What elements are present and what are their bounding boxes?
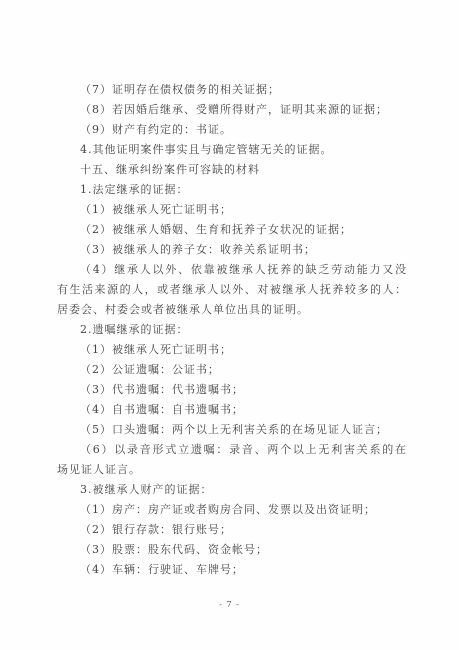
text-line: （6）以录音形式立遗嘱：录音、两个以上无利害关系的在 [57, 440, 407, 460]
text-line: （4）自书遗嘱：自书遗嘱书； [57, 400, 407, 420]
text-line: 居委会、村委会或者被继承人单位出具的证明。 [57, 300, 407, 320]
text-line: （2）被继承人婚姻、生育和抚养子女状况的证据； [57, 220, 407, 240]
text-line: （8）若因婚后继承、受赠所得财产，证明其来源的证据； [57, 100, 407, 120]
text-line: 4.其他证明案件事实且与确定管辖无关的证据。 [57, 140, 407, 160]
text-line: （3）股票：股东代码、资金帐号； [57, 540, 407, 560]
text-line: （9）财产有约定的：书证。 [57, 120, 407, 140]
text-line: （3）被继承人的养子女：收养关系证明书； [57, 240, 407, 260]
text-line: 2.遗嘱继承的证据： [57, 320, 407, 340]
text-line: （7）证明存在债权债务的相关证据； [57, 80, 407, 100]
text-line: （5）口头遗嘱：两个以上无利害关系的在场见证人证言； [57, 420, 407, 440]
document-text-block: （7）证明存在债权债务的相关证据；（8）若因婚后继承、受赠所得财产，证明其来源的… [57, 80, 407, 580]
text-line: （4）继承人以外、依靠被继承人抚养的缺乏劳动能力又没 [57, 260, 407, 280]
text-line: （2）公证遗嘱：公证书； [57, 360, 407, 380]
text-line: 3.被继承人财产的证据： [57, 480, 407, 500]
section-heading: 十五、继承纠纷案件可容缺的材料 [57, 160, 407, 180]
text-line: （2）银行存款：银行账号； [57, 520, 407, 540]
text-line: （1）被继承人死亡证明书； [57, 200, 407, 220]
text-line: 有生活来源的人，或者继承人以外、对被继承人抚养较多的人： [57, 280, 407, 300]
text-line: （4）车辆：行驶证、车牌号； [57, 560, 407, 580]
text-line: （1）被继承人死亡证明书； [57, 340, 407, 360]
document-page: （7）证明存在债权债务的相关证据；（8）若因婚后继承、受赠所得财产，证明其来源的… [0, 0, 459, 650]
text-line: 1.法定继承的证据： [57, 180, 407, 200]
text-line: 场见证人证言。 [57, 460, 407, 480]
page-number: - 7 - [0, 598, 459, 612]
text-line: （1）房产：房产证或者购房合同、发票以及出资证明； [57, 500, 407, 520]
text-line: （3）代书遗嘱：代书遗嘱书； [57, 380, 407, 400]
